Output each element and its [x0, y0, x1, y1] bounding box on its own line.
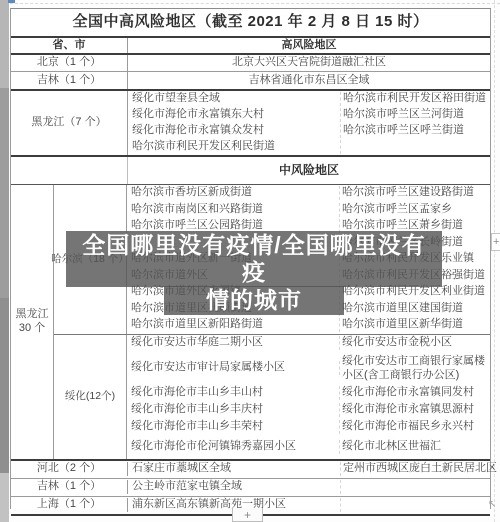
table-row: 绥化市海伦市丰山乡丰荣村绥化市海伦市福民乡永兴村 [127, 419, 490, 436]
province-label: 吉林（1 个） [11, 480, 128, 494]
area-cell-left: 绥化市安达市华庭二期小区 [127, 336, 340, 350]
mid-risk-groups: 哈尔滨（18 个） 哈尔滨市香坊区新成街道哈尔滨市呼兰区建设路街道哈尔滨市南岗区… [54, 185, 490, 459]
area-cell-right: 哈尔滨市呼兰区呼兰街道 [341, 124, 488, 138]
table-row: 河北（2 个）石家庄市藁城区全域定州市西城区庞白土新民居北区 [11, 461, 490, 479]
table-row: 绥化市海伦市永富镇东大村哈尔滨市呼兰区兰河街道 [128, 107, 490, 123]
scroll-strip-segment [0, 0, 9, 88]
watermark-line2: 情的城市 [164, 286, 344, 315]
area-cell-right: 绥化市安达市工商银行家属楼小区(含工商银行办公区) [340, 354, 487, 383]
area-cell-left: 公主岭市范家屯镇全域 [128, 480, 341, 494]
cursor-icon: ↖ [488, 499, 496, 510]
area-cell-left: 绥化市海伦市丰山乡丰山村 [127, 386, 340, 400]
table-row: 哈尔滨市利民开发区利民街道 [128, 139, 490, 155]
area-cell-left: 哈尔滨市道里区新阳路街道 [127, 318, 340, 332]
header-province: 省、市 [11, 38, 128, 53]
scroll-strip-segment [0, 88, 9, 298]
area-cell-right: 绥化市安达市金税小区 [340, 336, 487, 350]
table-row: 绥化市海伦市丰山乡丰山村绥化市海伦市永富镇同发村 [127, 385, 490, 402]
screen: 全国中高风险地区（截至 2021 年 2 月 8 日 15 时） 省、市 高风险… [0, 0, 500, 522]
area-cell: 北京大兴区天宫院街道融汇社区 [128, 55, 490, 71]
province-label: 黑龙江（7 个） [11, 91, 128, 155]
heilongjiang-high-risk-block: 黑龙江（7 个） 绥化市望奎县全域哈尔滨市利民开发区裕田街道绥化市海伦市永富镇东… [11, 91, 490, 157]
province-label: 黑龙江 30 个 [11, 185, 54, 459]
header-mid-risk: 中风险地区 [128, 157, 490, 184]
area-cell-left: 哈尔滨市南岗区和兴路街道 [127, 203, 340, 217]
watermark-line1: 全国哪里没有疫情/全国哪里没有疫 [66, 231, 442, 287]
high-risk-area-rows: 绥化市望奎县全域哈尔滨市利民开发区裕田街道绥化市海伦市永富镇东大村哈尔滨市呼兰区… [128, 91, 490, 155]
area-cell-left: 绥化市望奎县全域 [128, 92, 341, 106]
mid-risk-header-row: 中风险地区 [11, 157, 490, 185]
suihua-group: 绥化(12个) 绥化市安达市华庭二期小区绥化市安达市金税小区绥化市安达市审计局家… [54, 335, 490, 459]
table-row: 绥化市望奎县全域哈尔滨市利民开发区裕田街道 [128, 91, 490, 107]
table-row: 绥化市海伦市伦河镇锦秀嘉园小区绥化市北林区世福汇 [127, 436, 490, 459]
area-cell-right: 绥化市海伦市永富镇思源村 [340, 403, 487, 417]
area-cell-right: 哈尔滨市利民开发区裕田街道 [341, 92, 488, 106]
add-sheet-button[interactable]: + [232, 508, 263, 522]
gridline-vertical [494, 0, 495, 522]
mid-risk-area-rows: 绥化市安达市华庭二期小区绥化市安达市金税小区绥化市安达市审计局家属楼小区绥化市安… [127, 335, 490, 459]
table-header-row: 省、市 高风险地区 [11, 38, 490, 55]
province-label: 吉林（1 个） [11, 72, 128, 89]
area-cell-left: 绥化市海伦市丰山乡丰荣村 [127, 420, 340, 434]
area-cell-right: 哈尔滨市呼兰区孟家乡 [340, 203, 487, 217]
area-cell-right: 绥化市海伦市永富镇同发村 [340, 386, 487, 400]
table-row: 哈尔滨市香坊区新成街道哈尔滨市呼兰区建设路街道 [127, 185, 490, 202]
area-cell-left: 绥化市海伦市伦河镇锦秀嘉园小区 [127, 440, 340, 454]
table-row: 哈尔滨市南岗区和兴路街道哈尔滨市呼兰区孟家乡 [127, 202, 490, 219]
corner-marker [8, 0, 15, 3]
table-row-jilin: 吉林（1 个） 吉林省通化市东昌区全域 [11, 72, 490, 91]
empty-cell [11, 157, 128, 184]
area-cell-left: 绥化市海伦市永富镇东大村 [128, 108, 341, 122]
area-cell-left: 哈尔滨市香坊区新成街道 [127, 186, 340, 200]
province-label: 河北（2 个） [11, 462, 128, 476]
province-label: 上海（1 个） [11, 498, 128, 512]
area-cell-right: 哈尔滨市道里区新华街道 [340, 318, 487, 332]
area-cell-right: 绥化市北林区世福汇 [340, 440, 487, 454]
heilongjiang-mid-risk-block: 黑龙江 30 个 哈尔滨（18 个） 哈尔滨市香坊区新成街道哈尔滨市呼兰区建设路… [11, 185, 490, 461]
area-cell-left: 绥化市海伦市永富镇众发村 [128, 124, 341, 138]
left-scroll-strip[interactable] [0, 0, 9, 522]
table-row: 绥化市海伦市永富镇众发村哈尔滨市呼兰区呼兰街道 [128, 123, 490, 139]
area-cell-right: 定州市西城区庞白土新民居北区 [341, 462, 488, 476]
area-cell-left: 哈尔滨市利民开发区利民街道 [128, 140, 341, 154]
area-cell-left: 绥化市海伦市丰山乡丰庆村 [127, 403, 340, 417]
header-high-risk: 高风险地区 [128, 38, 490, 53]
city-label: 绥化(12个) [54, 335, 127, 459]
table-title: 全国中高风险地区（截至 2021 年 2 月 8 日 15 时） [11, 9, 490, 38]
area-cell-left: 绥化市安达市审计局家属楼小区 [127, 361, 340, 375]
area-cell-right: 哈尔滨市呼兰区兰河街道 [341, 108, 488, 122]
province-label: 北京（1 个） [11, 55, 128, 71]
area-cell-right: 绥化市海伦市福民乡永兴村 [340, 420, 487, 434]
table-row: 吉林（1 个）公主岭市范家屯镇全域 [11, 479, 490, 497]
area-cell: 吉林省通化市东昌区全域 [128, 72, 490, 89]
gridline-horizontal [0, 3, 500, 4]
table-row-beijing: 北京（1 个） 北京大兴区天宫院街道融汇社区 [11, 55, 490, 72]
table-row: 绥化市海伦市丰山乡丰庆村绥化市海伦市永富镇思源村 [127, 402, 490, 419]
watermark-overlay: 全国哪里没有疫情/全国哪里没有疫 情的城市 [66, 231, 442, 315]
table-row: 哈尔滨市道里区新阳路街道哈尔滨市道里区新华街道 [127, 317, 490, 334]
table-row: 绥化市安达市华庭二期小区绥化市安达市金税小区 [127, 335, 490, 352]
scroll-strip-thumb[interactable] [0, 298, 9, 473]
area-cell-left: 石家庄市藁城区全域 [128, 462, 341, 476]
side-plus-button[interactable]: + [491, 233, 500, 251]
table-row: 绥化市安达市审计局家属楼小区绥化市安达市工商银行家属楼小区(含工商银行办公区) [127, 352, 490, 385]
area-cell-right: 哈尔滨市呼兰区建设路街道 [340, 186, 487, 200]
scroll-strip-segment [0, 473, 9, 522]
